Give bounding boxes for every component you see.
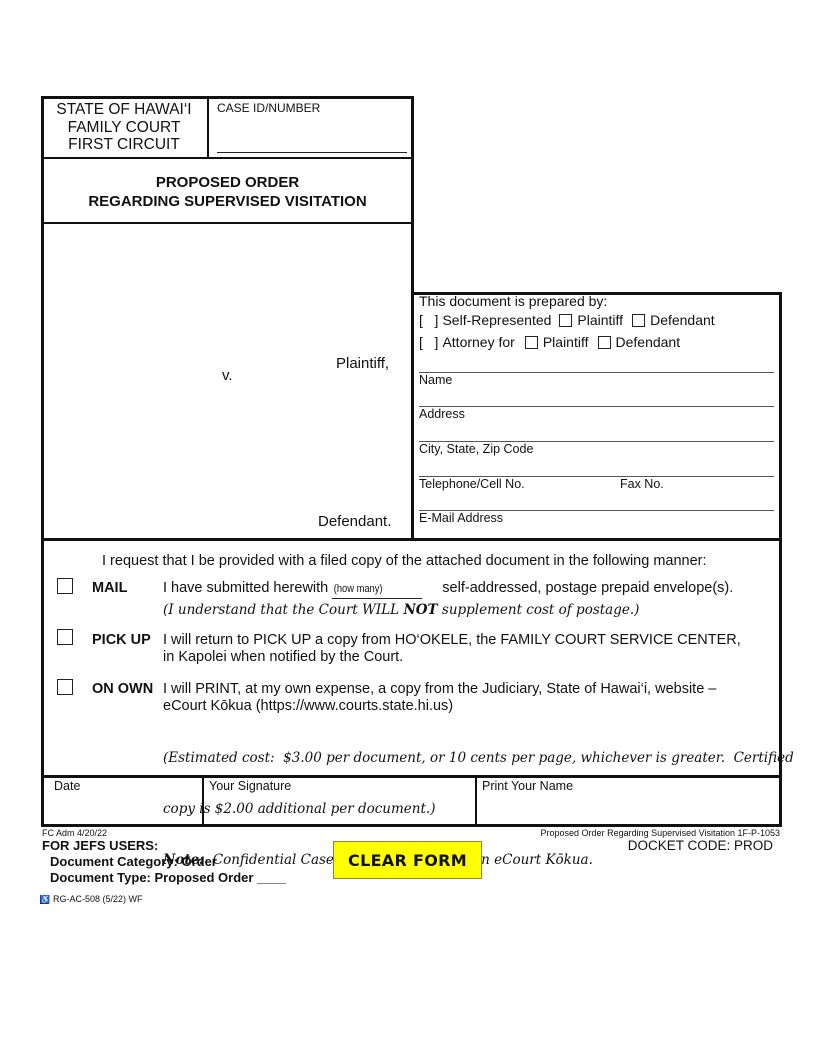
document-type: Document Type: Proposed Order ____ (50, 870, 286, 886)
pickup-checkbox[interactable] (57, 629, 73, 645)
name-label: Name (419, 373, 452, 387)
clear-form-button[interactable]: CLEAR FORM (333, 841, 482, 879)
attorney-plaintiff-checkbox[interactable] (525, 336, 538, 349)
self-plaintiff-label: Plaintiff (577, 312, 623, 328)
docket-code: DOCKET CODE: PROD (628, 838, 773, 853)
name-field[interactable] (419, 372, 774, 373)
mail-note-text: (I understand that the Court WILL (163, 602, 403, 618)
self-plaintiff-checkbox[interactable] (559, 314, 572, 327)
document-category: Document Category: Order (50, 854, 217, 870)
document-title: PROPOSED ORDER REGARDING SUPERVISED VISI… (41, 158, 414, 224)
copy-request-intro: I request that I be provided with a file… (102, 553, 707, 569)
date-label: Date (54, 779, 80, 793)
self-represented-checkbox[interactable]: [ ] (419, 312, 438, 328)
fax-label: Fax No. (620, 477, 664, 491)
title-line-1: PROPOSED ORDER (41, 173, 414, 192)
attorney-for-checkbox[interactable]: [ ] (419, 334, 438, 350)
on-own-text: I will PRINT, at my own expense, a copy … (163, 681, 716, 715)
print-name-field[interactable] (479, 795, 777, 823)
signature-divider (475, 776, 477, 827)
mail-note-bold: NOT (403, 602, 437, 618)
attorney-defendant-label: Defendant (616, 334, 681, 350)
rg-code: ♿ RG-AC-508 (5/22) WF (40, 894, 143, 904)
city-state-zip-label: City, State, Zip Code (419, 442, 533, 456)
defendant-name-field[interactable] (44, 390, 410, 505)
court-circuit: FIRST CIRCUIT (41, 136, 207, 154)
cost-line-1: (Estimated cost: $3.00 per document, or … (163, 750, 794, 767)
defendant-label: Defendant. (318, 513, 391, 530)
title-line-2: REGARDING SUPERVISED VISITATION (41, 192, 414, 211)
jefs-title: FOR JEFS USERS: (42, 838, 158, 854)
case-id-label: CASE ID/NUMBER (217, 101, 320, 115)
versus-label: v. (222, 367, 233, 384)
on-own-checkbox[interactable] (57, 679, 73, 695)
address-label: Address (419, 407, 465, 421)
signature-field[interactable] (206, 795, 473, 823)
pickup-line-1: I will return to PICK UP a copy from HO‘… (163, 632, 741, 649)
telephone-label: Telephone/Cell No. (419, 477, 525, 491)
form-id-right: Proposed Order Regarding Supervised Visi… (541, 828, 780, 838)
form-id-left: FC Adm 4/20/22 (42, 828, 107, 838)
attorney-for-label: Attorney for (442, 334, 514, 350)
self-defendant-checkbox[interactable] (632, 314, 645, 327)
attorney-plaintiff-label: Plaintiff (543, 334, 589, 350)
date-field[interactable] (46, 795, 200, 823)
court-division: FAMILY COURT (41, 119, 207, 137)
on-own-label: ON OWN (92, 681, 153, 697)
envelope-count-field[interactable]: (how many) (332, 581, 422, 599)
court-name: STATE OF HAWAI‘I FAMILY COURT FIRST CIRC… (41, 96, 209, 159)
print-name-label: Print Your Name (482, 779, 573, 793)
accessibility-icon: ♿ (40, 895, 49, 904)
self-represented-row: [ ] Self-Represented Plaintiff Defendant (419, 312, 715, 328)
pickup-label: PICK UP (92, 632, 151, 648)
attorney-defendant-checkbox[interactable] (598, 336, 611, 349)
signature-divider (202, 776, 204, 827)
prepared-by-box (413, 292, 782, 540)
mail-label: MAIL (92, 580, 127, 596)
court-state: STATE OF HAWAI‘I (41, 101, 207, 119)
on-own-line-2: eCourt Kōkua (https://www.courts.state.h… (163, 698, 716, 715)
address-field[interactable] (419, 406, 774, 407)
mail-text-after: self-addressed, postage prepaid envelope… (442, 580, 733, 596)
self-defendant-label: Defendant (650, 312, 715, 328)
plaintiff-name-field[interactable] (44, 226, 410, 346)
self-represented-label: Self-Represented (442, 312, 551, 328)
mail-note-text-end: supplement cost of postage.) (438, 602, 640, 618)
attorney-for-row: [ ] Attorney for Plaintiff Defendant (419, 334, 680, 350)
pickup-line-2: in Kapolei when notified by the Court. (163, 649, 741, 666)
mail-text: I have submitted herewith (how many) sel… (163, 580, 733, 599)
case-id-field[interactable] (217, 152, 407, 153)
plaintiff-label: Plaintiff, (336, 355, 389, 372)
signature-label: Your Signature (209, 779, 291, 793)
mail-text-before: I have submitted herewith (163, 580, 328, 596)
on-own-line-1: I will PRINT, at my own expense, a copy … (163, 681, 716, 698)
mail-checkbox[interactable] (57, 578, 73, 594)
pickup-text: I will return to PICK UP a copy from HO‘… (163, 632, 741, 666)
email-label: E-Mail Address (419, 511, 503, 525)
prepared-by-title: This document is prepared by: (419, 293, 607, 309)
rg-code-text: RG-AC-508 (5/22) WF (53, 894, 143, 904)
mail-postage-note: (I understand that the Court WILL NOT su… (163, 602, 639, 619)
